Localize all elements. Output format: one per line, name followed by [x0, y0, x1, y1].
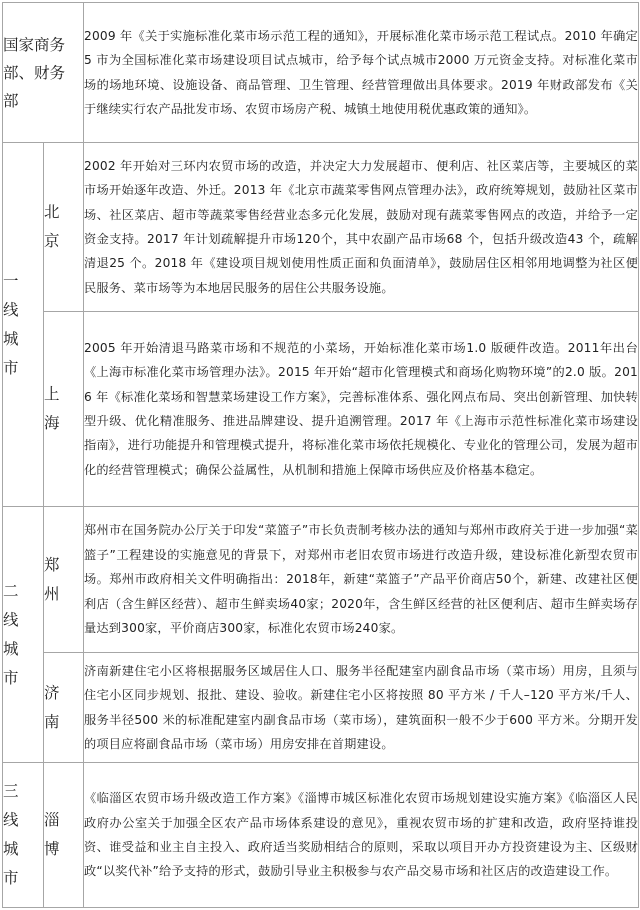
city-char: 郑 — [44, 551, 83, 580]
category-line: 部、财务 — [3, 59, 83, 87]
city-char: 济 — [44, 679, 83, 708]
policy-description: 2009 年《关于实施标准化菜市场示范工程的通知》，开展标准化菜市场示范工程试点… — [84, 3, 639, 143]
city-char: 上 — [44, 380, 83, 409]
table-row-national: 国家商务 部、财务 部 2009 年《关于实施标准化菜市场示范工程的通知》，开展… — [3, 3, 639, 143]
city-char: 淄 — [44, 806, 83, 835]
city-char: 博 — [44, 835, 83, 864]
category-char: 城 — [3, 835, 43, 864]
category-cell-tier1: 一 线 城 市 — [3, 143, 44, 507]
city-cell-beijing: 北 京 — [44, 143, 84, 312]
city-char: 北 — [44, 198, 83, 227]
city-cell-zibo: 淄 博 — [44, 763, 84, 908]
city-char: 京 — [44, 227, 83, 256]
category-line: 部 — [3, 87, 83, 115]
category-char: 市 — [3, 354, 43, 383]
city-char: 南 — [44, 708, 83, 737]
category-char: 市 — [3, 864, 43, 893]
policy-table: 国家商务 部、财务 部 2009 年《关于实施标准化菜市场示范工程的通知》，开展… — [2, 2, 639, 908]
policy-description: 2002 年开始对三环内农贸市场的改造，并决定大力发展超市、便利店、社区菜店等，… — [84, 143, 639, 312]
policy-description: 2005 年开始清退马路菜市场和不规范的小菜场，开始标准化菜市场1.0 版硬件改… — [84, 312, 639, 507]
table-row-zibo: 三 线 城 市 淄 博 《临淄区农贸市场升级改造工作方案》《淄博市城区标准化农贸… — [3, 763, 639, 908]
category-char: 二 — [3, 577, 43, 606]
city-char: 州 — [44, 580, 83, 609]
category-char: 线 — [3, 606, 43, 635]
category-char: 三 — [3, 777, 43, 806]
city-cell-zhengzhou: 郑 州 — [44, 507, 84, 653]
category-char: 线 — [3, 806, 43, 835]
category-char: 市 — [3, 664, 43, 693]
category-cell-national: 国家商务 部、财务 部 — [3, 3, 84, 143]
policy-description: 济南新建住宅小区将根据服务区域居住人口、服务半径配建室内副食品市场（菜市场）用房… — [84, 653, 639, 763]
category-char: 城 — [3, 325, 43, 354]
table-row-beijing: 一 线 城 市 北 京 2002 年开始对三环内农贸市场的改造，并决定大力发展超… — [3, 143, 639, 312]
table-row-shanghai: 上 海 2005 年开始清退马路菜市场和不规范的小菜场，开始标准化菜市场1.0 … — [3, 312, 639, 507]
table-row-zhengzhou: 二 线 城 市 郑 州 郑州市在国务院办公厅关于印发“菜篮子”市长负责制考核办法… — [3, 507, 639, 653]
category-cell-tier3: 三 线 城 市 — [3, 763, 44, 908]
category-char: 一 — [3, 267, 43, 296]
policy-description: 《临淄区农贸市场升级改造工作方案》《淄博市城区标准化农贸市场规划建设实施方案》《… — [84, 763, 639, 908]
policy-description: 郑州市在国务院办公厅关于印发“菜篮子”市长负责制考核办法的通知与郑州市政府关于进… — [84, 507, 639, 653]
city-cell-shanghai: 上 海 — [44, 312, 84, 507]
category-char: 线 — [3, 296, 43, 325]
city-char: 海 — [44, 409, 83, 438]
city-cell-jinan: 济 南 — [44, 653, 84, 763]
table-row-jinan: 济 南 济南新建住宅小区将根据服务区域居住人口、服务半径配建室内副食品市场（菜市… — [3, 653, 639, 763]
category-char: 城 — [3, 635, 43, 664]
category-line: 国家商务 — [3, 31, 83, 59]
category-cell-tier2: 二 线 城 市 — [3, 507, 44, 763]
